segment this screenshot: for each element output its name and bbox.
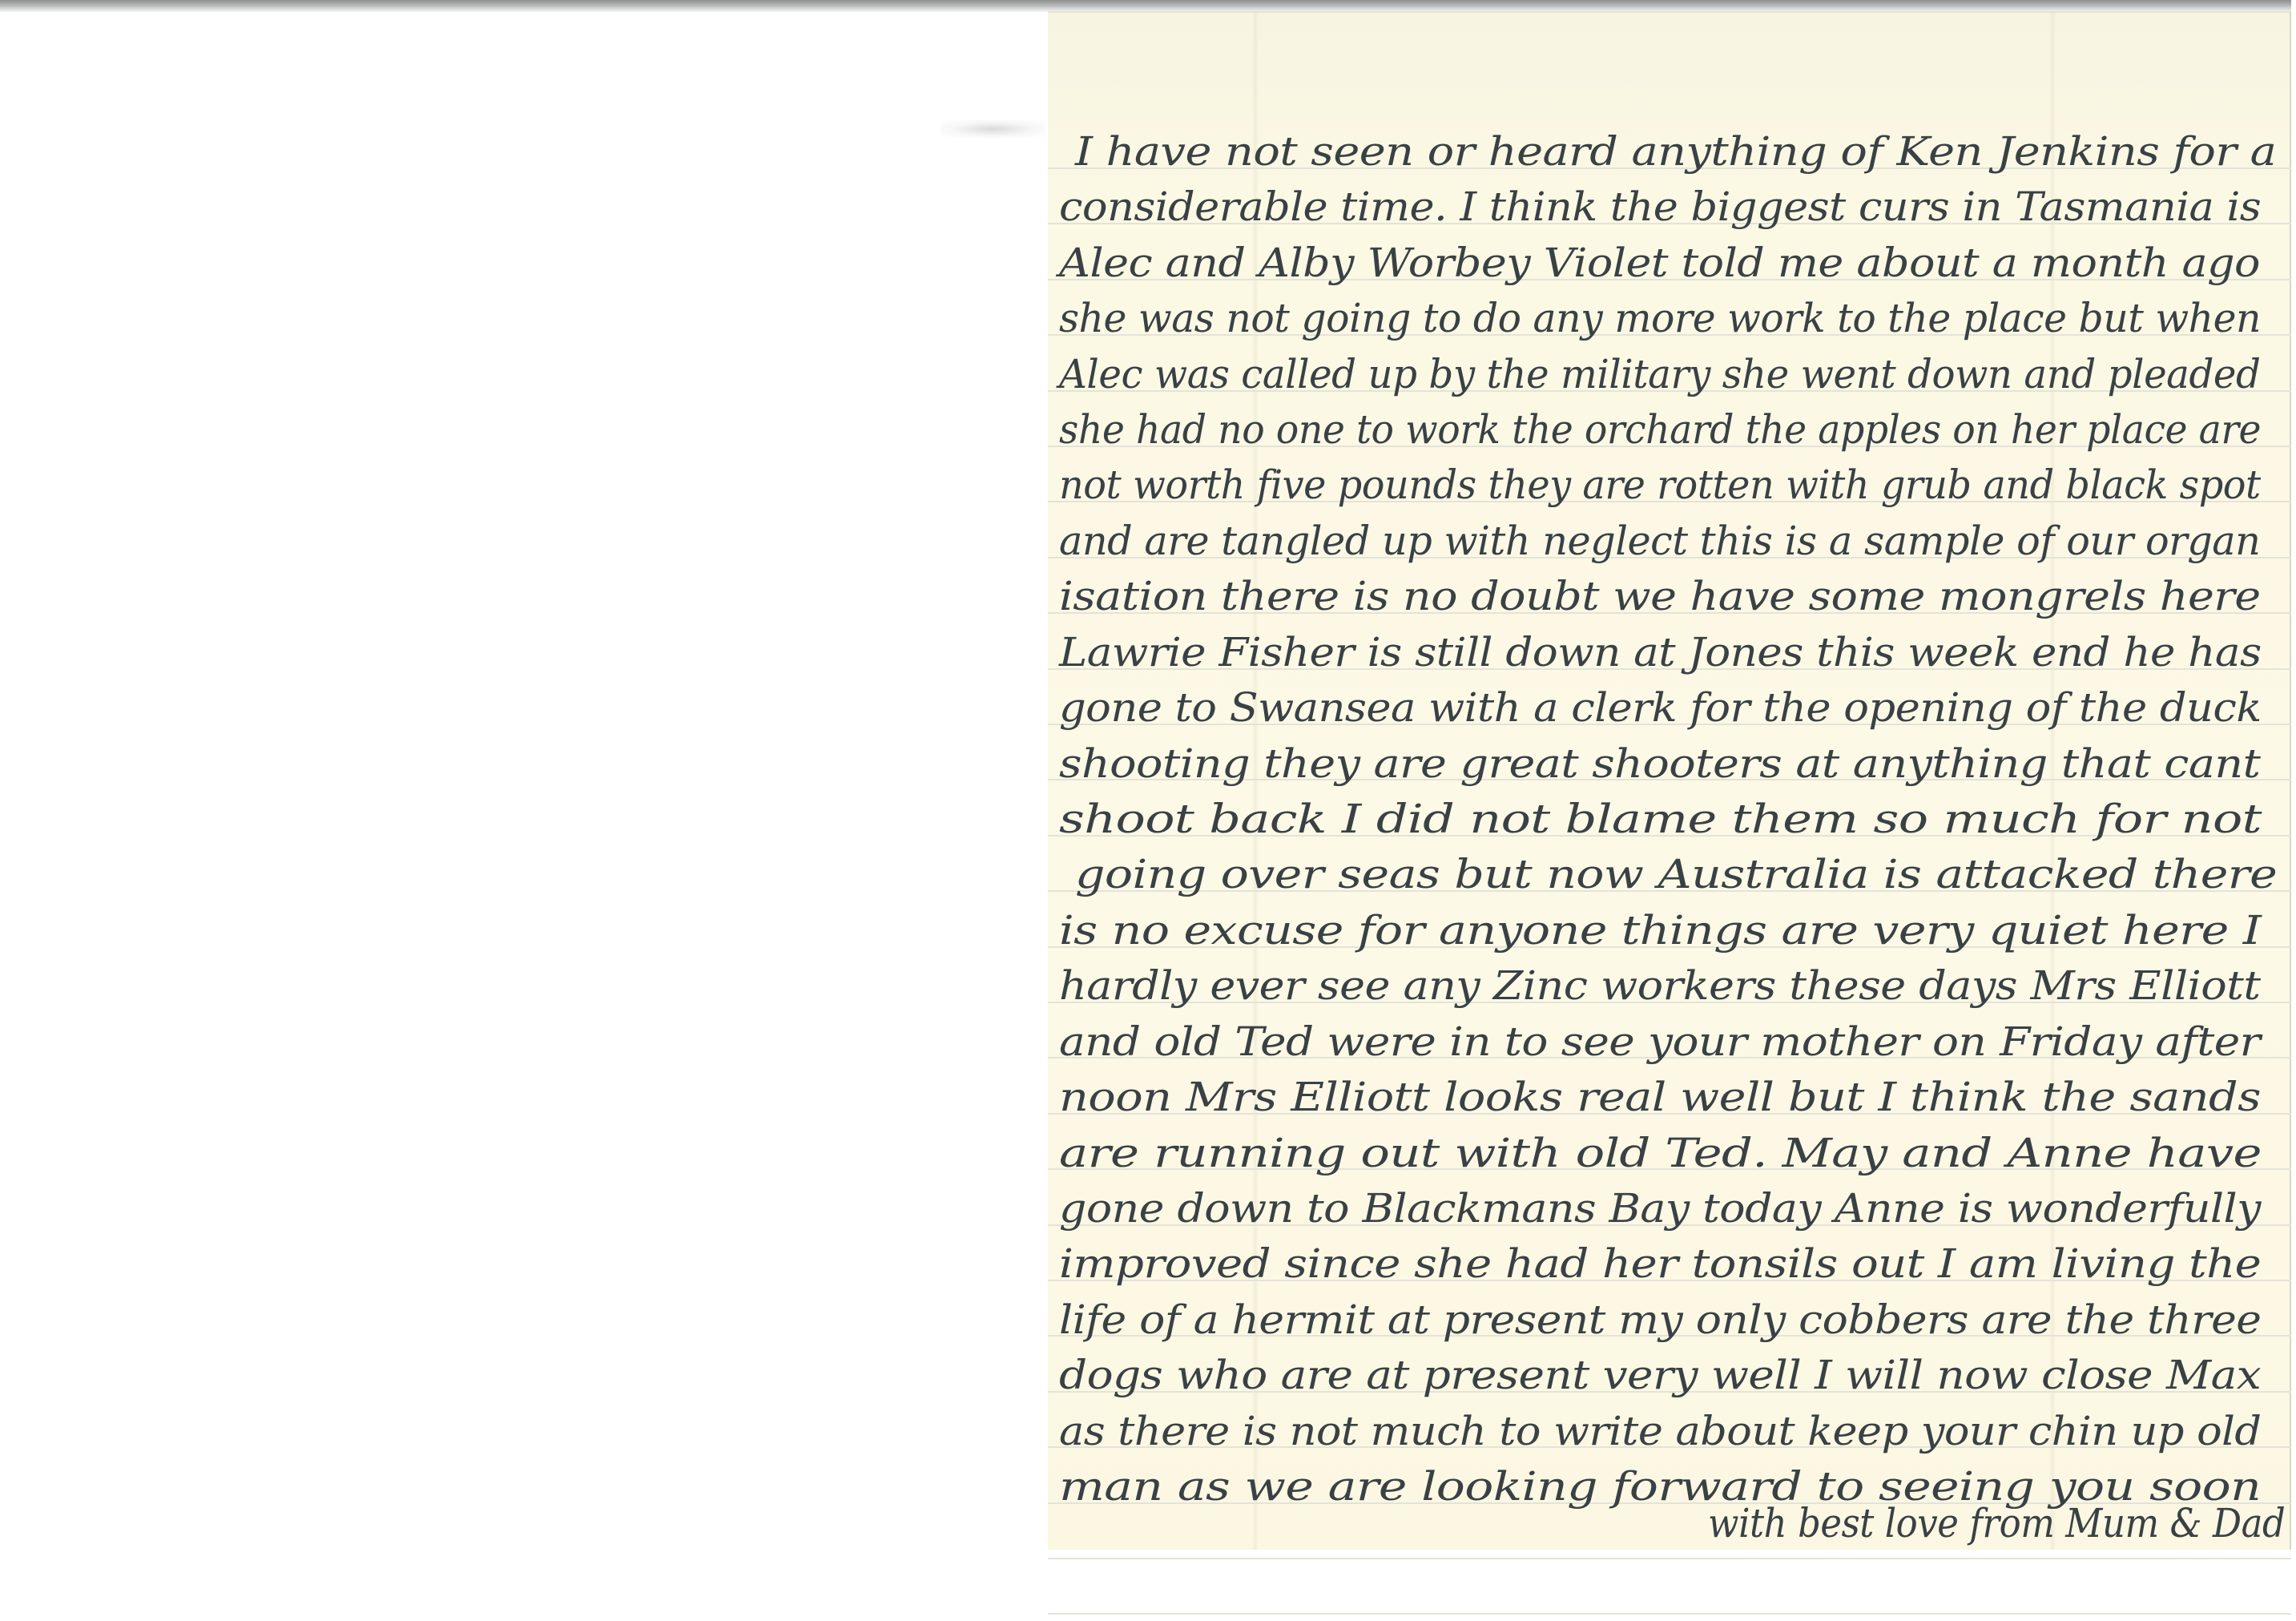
letter-line-23: dogs who are at present very well I will… xyxy=(1059,1355,2261,1395)
letter-line-16: hardly ever see any Zinc workers these d… xyxy=(1059,966,2260,1006)
letter-line-1: I have not seen or heard anything of Ken… xyxy=(1075,131,2276,171)
letter-line-3: Alec and Alby Worbey Violet told me abou… xyxy=(1059,243,2260,283)
letter-line-10: Lawrie Fisher is still down at Jones thi… xyxy=(1059,632,2262,672)
letter-line-20: gone down to Blackmans Bay today Anne is… xyxy=(1059,1188,2261,1228)
letter-line-15: is no excuse for anyone things are very … xyxy=(1059,910,2261,950)
letter-line-12: shooting they are great shooters at anyt… xyxy=(1059,744,2260,784)
letter-line-21: improved since she had her tonsils out I… xyxy=(1059,1244,2261,1284)
letter-line-24: as there is not much to write about keep… xyxy=(1059,1411,2261,1451)
scan-smudge xyxy=(941,120,1045,138)
letter-line-17: and old Ted were in to see your mother o… xyxy=(1059,1022,2260,1062)
letter-line-2: considerable time. I think the biggest c… xyxy=(1059,187,2261,227)
letter-line-18: noon Mrs Elliott looks real well but I t… xyxy=(1059,1077,2261,1117)
ruled-line xyxy=(1048,1613,2291,1615)
letter-line-9: isation there is no doubt we have some m… xyxy=(1059,576,2261,616)
letter-line-13: shoot back I did not blame them so much … xyxy=(1059,799,2262,839)
letter-line-11: gone to Swansea with a clerk for the ope… xyxy=(1059,688,2262,728)
letter-line-19: are running out with old Ted. May and An… xyxy=(1059,1133,2262,1173)
letter-line-22: life of a hermit at present my only cobb… xyxy=(1059,1300,2261,1340)
ruled-line xyxy=(1048,1558,2291,1559)
letter-line-6: she had no one to work the orchard the a… xyxy=(1059,409,2261,450)
letter-line-4: she was not going to do any more work to… xyxy=(1059,298,2261,338)
letter-line-8: and are tangled up with neglect this is … xyxy=(1059,521,2260,561)
letter-signature: with best love from Mum & Dad xyxy=(1708,1503,2285,1543)
letter-line-5: Alec was called up by the military she w… xyxy=(1059,354,2260,394)
letter-line-14: going over seas but now Australia is att… xyxy=(1075,854,2277,894)
letter-line-7: not worth five pounds they are rotten wi… xyxy=(1059,465,2261,505)
letter-page: I have not seen or heard anything of Ken… xyxy=(1048,11,2291,1550)
